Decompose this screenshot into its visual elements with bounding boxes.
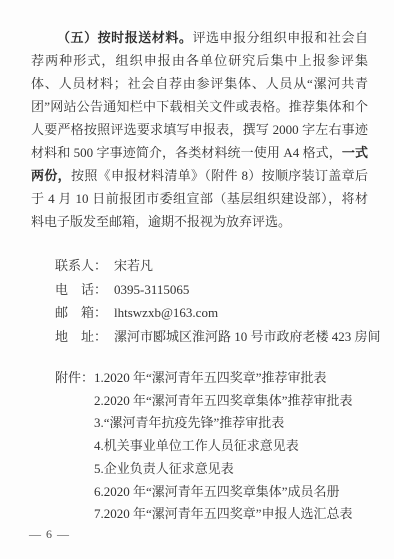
- body-paragraph: （五）按时报送材料。评选申报分组织申报和社会自荐两种形式，组织申报由各单位研究后…: [31, 26, 368, 233]
- attachments-list: 1.2020 年“漯河青年五四奖章”推荐审批表 2.2020 年“漯河青年五四奖…: [94, 367, 368, 526]
- document-page: （五）按时报送材料。评选申报分组织申报和社会自荐两种形式，组织申报由各单位研究后…: [0, 0, 394, 559]
- contact-person-row: 联系人：宋若凡: [55, 254, 368, 278]
- contact-address-row: 地 址：漯河市郾城区淮河路 10 号市政府老楼 423 房间: [55, 325, 368, 349]
- attachment-item-4: 4.机关事业单位工作人员征求意见表: [94, 435, 368, 458]
- contact-address-label: 地 址：: [55, 325, 107, 349]
- document-content: （五）按时报送材料。评选申报分组织申报和社会自荐两种形式，组织申报由各单位研究后…: [31, 26, 368, 526]
- contact-person-value: 宋若凡: [114, 258, 153, 273]
- contact-address-value: 漯河市郾城区淮河路 10 号市政府老楼 423 房间: [114, 329, 381, 344]
- contact-email-row: 邮 箱：lhtswzxb@163.com: [55, 301, 368, 325]
- contact-block: 联系人：宋若凡 电 话：0395-3115065 邮 箱：lhtswzxb@16…: [55, 254, 368, 348]
- contact-phone-row: 电 话：0395-3115065: [55, 278, 368, 302]
- attachment-item-2: 2.2020 年“漯河青年五四奖章集体”推荐审批表: [94, 390, 368, 413]
- attachment-item-6: 6.2020 年“漯河青年五四奖章集体”成员名册: [94, 481, 368, 504]
- attachment-item-1: 1.2020 年“漯河青年五四奖章”推荐审批表: [94, 367, 368, 390]
- attachments-label: 附件：: [55, 367, 94, 390]
- contact-phone-label: 电 话：: [55, 278, 107, 302]
- attachment-item-5: 5.企业负责人征求意见表: [94, 458, 368, 481]
- contact-phone-value: 0395-3115065: [114, 282, 189, 297]
- attachment-item-3: 3.“漯河青年抗疫先锋”推荐审批表: [94, 412, 368, 435]
- page-number: — 6 —: [29, 527, 70, 542]
- attachment-item-7: 7.2020 年“漯河青年五四奖章”申报人选汇总表: [94, 503, 368, 526]
- paragraph-lead-bold: （五）按时报送材料。: [57, 30, 192, 45]
- contact-person-label: 联系人：: [55, 254, 107, 278]
- contact-email-label: 邮 箱：: [55, 301, 107, 325]
- paragraph-body-2: 按照《申报材料清单》（附件 8）按顺序装订盖章后于 4 月 10 日前报团市委组…: [31, 168, 368, 229]
- attachments-block: 附件： 1.2020 年“漯河青年五四奖章”推荐审批表 2.2020 年“漯河青…: [31, 367, 368, 526]
- paragraph-body-1: 评选申报分组织申报和社会自荐两种形式，组织申报由各单位研究后集中上报参评集体、人…: [31, 30, 368, 160]
- contact-email-value: lhtswzxb@163.com: [114, 305, 218, 320]
